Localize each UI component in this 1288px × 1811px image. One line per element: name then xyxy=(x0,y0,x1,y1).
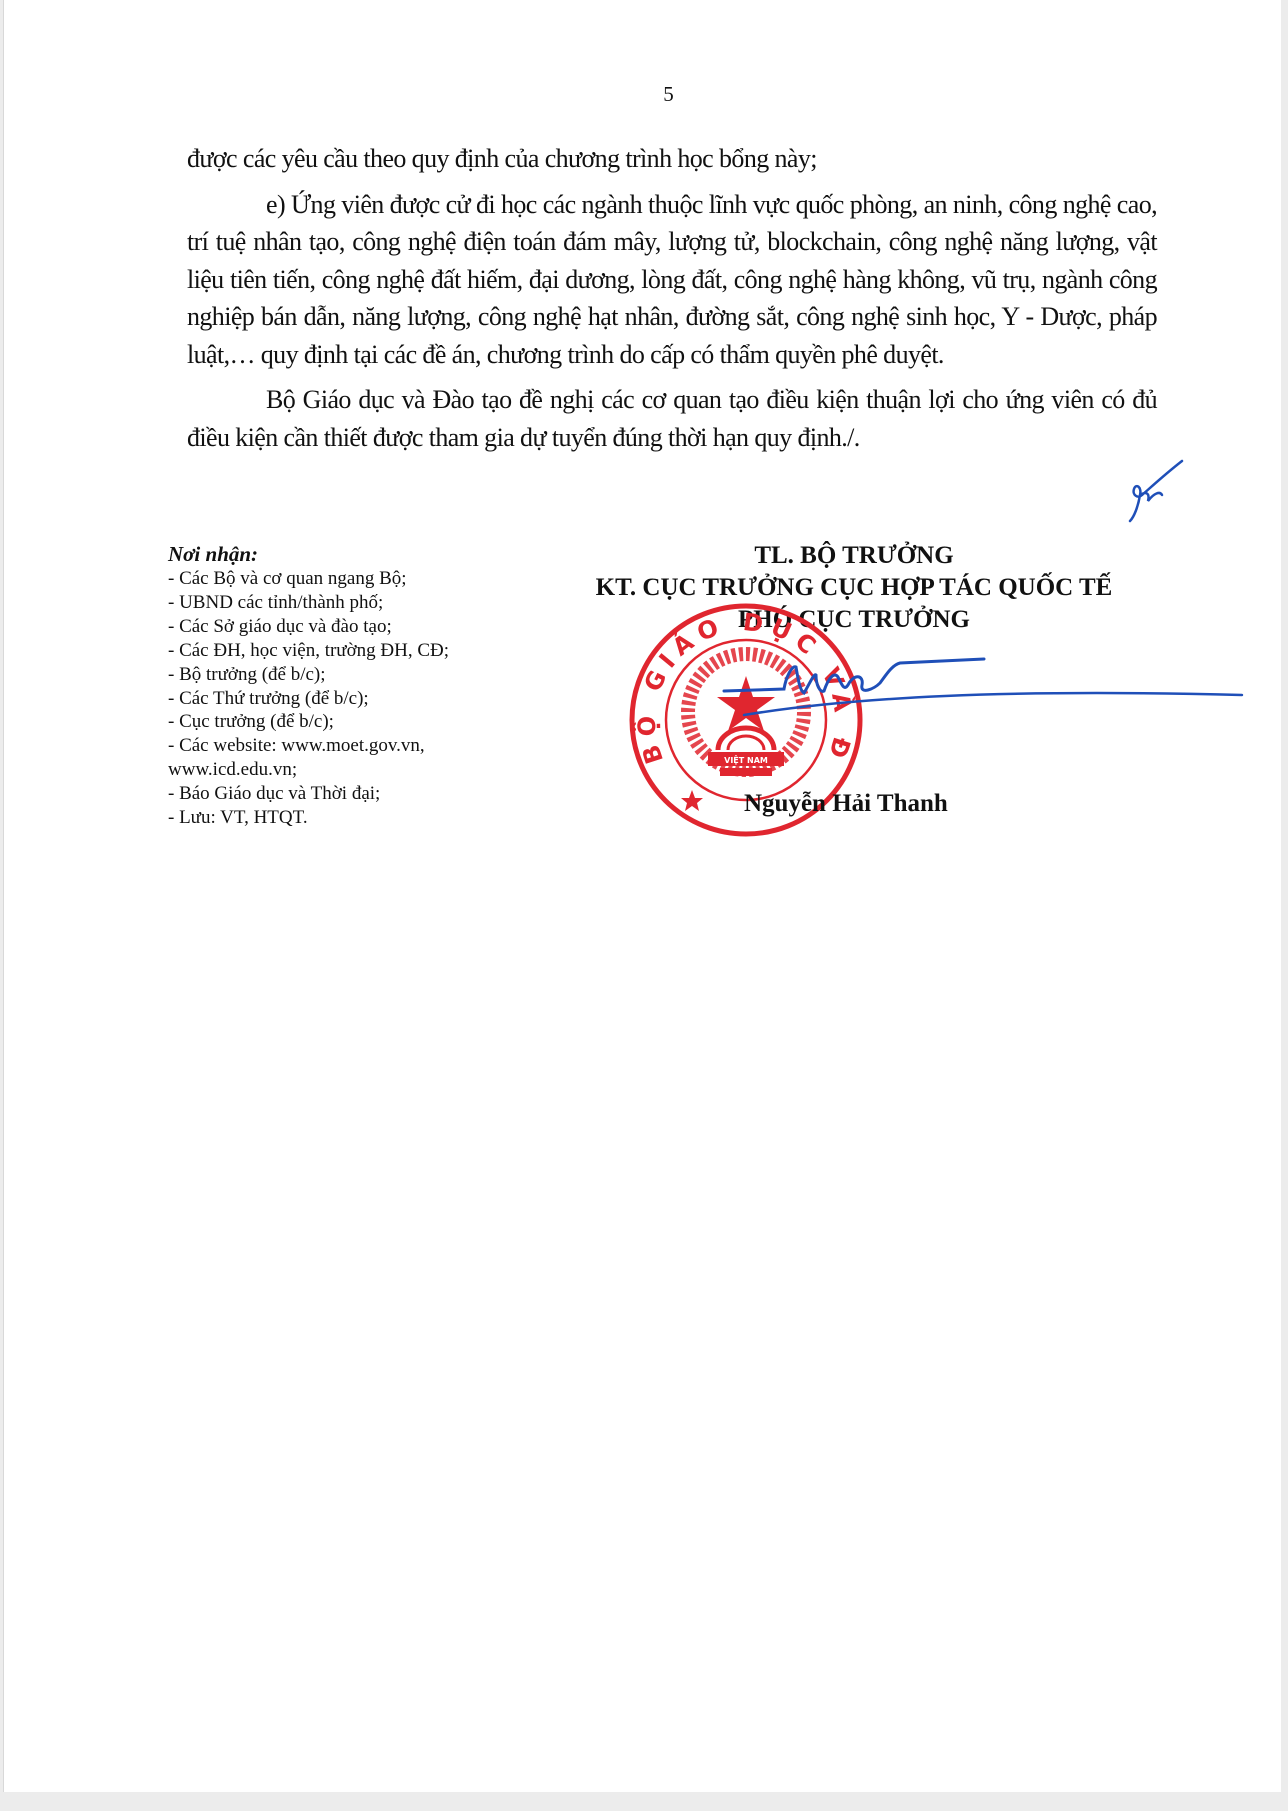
page-number: 5 xyxy=(4,82,1281,107)
recipient-item: - Các Bộ và cơ quan ngang Bộ; xyxy=(168,567,528,591)
emblem-ribbon-text: VIỆT NAM xyxy=(724,755,768,765)
recipient-item: - Cục trưởng (để b/c); xyxy=(168,710,528,734)
recipient-item: - Lưu: VT, HTQT. xyxy=(168,806,528,830)
recipient-item: - UBND các tỉnh/thành phố; xyxy=(168,591,528,615)
recipient-item: www.icd.edu.vn; xyxy=(168,758,528,782)
handwritten-signature xyxy=(704,655,1244,735)
signer-name: Nguyễn Hải Thanh xyxy=(744,790,948,818)
document-body: được các yêu cầu theo quy định của chươn… xyxy=(187,140,1157,456)
recipient-item: - Các Sở giáo dục và đào tạo; xyxy=(168,615,528,639)
paragraph-closing: Bộ Giáo dục và Đào tạo đề nghị các cơ qu… xyxy=(187,381,1157,456)
recipient-item: - Các Thứ trưởng (để b/c); xyxy=(168,687,528,711)
recipient-item: - Các ĐH, học viện, trường ĐH, CĐ; xyxy=(168,639,528,663)
document-page: 5 được các yêu cầu theo quy định của chư… xyxy=(3,0,1281,1792)
recipient-item: - Báo Giáo dục và Thời đại; xyxy=(168,782,528,806)
paragraph-continuation: được các yêu cầu theo quy định của chươn… xyxy=(187,140,1157,178)
recipients-heading: Nơi nhận: xyxy=(168,542,528,567)
recipients-list: Nơi nhận: - Các Bộ và cơ quan ngang Bộ; … xyxy=(168,542,528,830)
paragraph-item-e: e) Ứng viên được cử đi học các ngành thu… xyxy=(187,186,1157,374)
recipient-item: - Bộ trưởng (để b/c); xyxy=(168,663,528,687)
initials-signature xyxy=(1104,455,1194,525)
signature-title-line1: TL. BỘ TRƯỞNG xyxy=(544,540,1164,572)
recipient-item: - Các website: www.moet.gov.vn, xyxy=(168,734,528,758)
